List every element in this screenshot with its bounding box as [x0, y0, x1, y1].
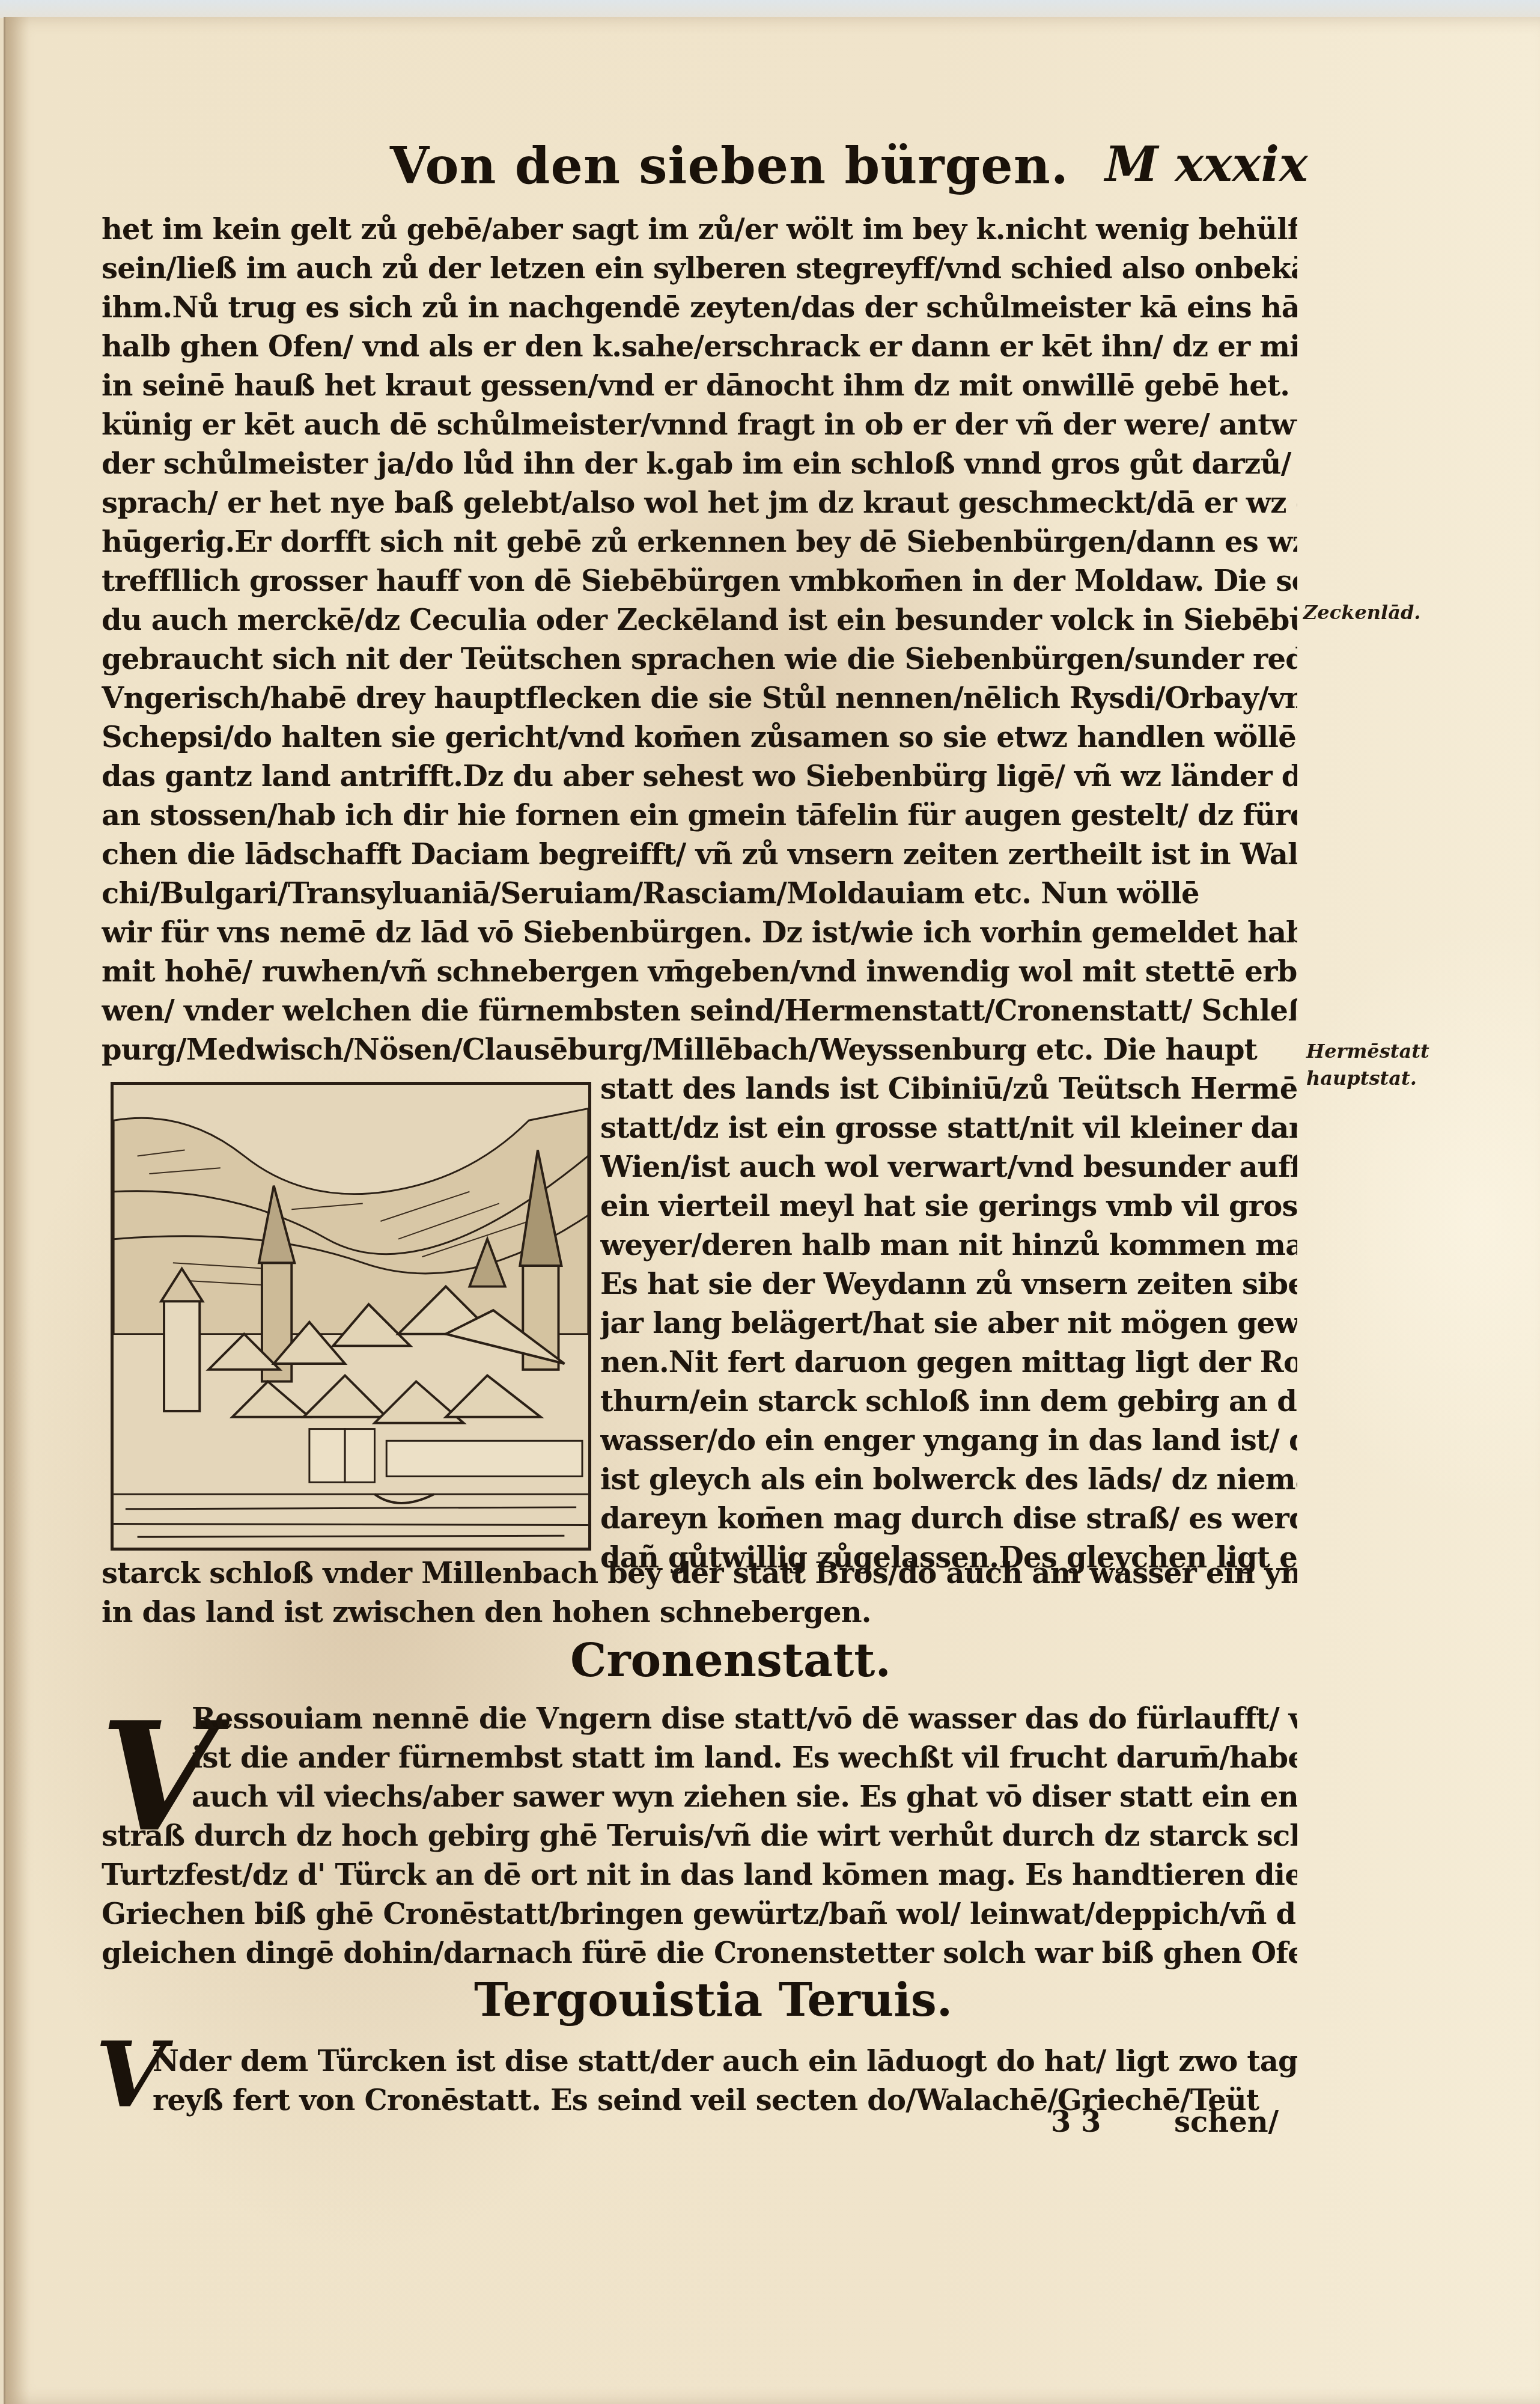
- text-line: chi/Bulgari/Transyluaniā/Seruiam/Rasciam…: [102, 874, 1297, 914]
- text-line: het im kein gelt zů gebē/aber sagt im zů…: [102, 210, 1297, 249]
- text-line: ihm.Nů trug es sich zů in nachgendē zeyt…: [102, 288, 1297, 328]
- text-line: nen.Nit fert daruon gegen mittag ligt de…: [600, 1343, 1297, 1382]
- text-line: jar lang belägert/hat sie aber nit mögen…: [600, 1304, 1297, 1343]
- text-line: gleichen dingē dohin/darnach fürē die Cr…: [102, 1934, 1297, 1973]
- text-line: starck schloß vnder Millenbach bey der s…: [102, 1554, 1297, 1593]
- text-line: Griechen biß ghē Cronēstatt/bringen gewü…: [102, 1895, 1297, 1934]
- text-line: sprach/ er het nye baß gelebt/also wol h…: [102, 484, 1297, 523]
- text-line: halb ghen Ofen/ vnd als er den k.sahe/er…: [102, 328, 1297, 367]
- margin-note-hermenstatt: Hermēstatt: [1306, 1039, 1429, 1064]
- text-line: chen die lādschafft Daciam begreifft/ vñ…: [102, 835, 1297, 874]
- text-line: Ressouiam nennē die Vngern dise statt/vō…: [192, 1700, 1297, 1739]
- body-text-after-woodcut: starck schloß vnder Millenbach bey der s…: [102, 1554, 1297, 1632]
- text-line: hūgerig.Er dorfft sich nit gebē zů erken…: [102, 523, 1297, 562]
- folio-number: M xxxix: [1105, 136, 1308, 192]
- text-line: in seinē hauß het kraut gessen/vnd er dā…: [102, 367, 1297, 406]
- text-line: Turtzfest/dz d' Türck an dē ort nit in d…: [102, 1856, 1297, 1895]
- cronenstatt-text: straß durch dz hoch gebirg ghē Teruis/vñ…: [102, 1817, 1297, 1973]
- text-line: straß durch dz hoch gebirg ghē Teruis/vñ…: [102, 1817, 1297, 1856]
- town-view-icon: [114, 1085, 588, 1548]
- body-text-top: het im kein gelt zů gebē/aber sagt im zů…: [102, 210, 1297, 1070]
- text-line: reyß fert von Cronēstatt. Es seind veil …: [153, 2081, 1297, 2120]
- text-line: statt des lands ist Cibiniū/zů Teütsch H…: [600, 1070, 1297, 1109]
- woodcut-illustration: [111, 1082, 591, 1551]
- catchword: schen/: [1174, 2105, 1279, 2139]
- text-line: Nder dem Türcken ist dise statt/der auch…: [153, 2042, 1297, 2081]
- text-line: wen/ vnder welchen die fürnembsten seind…: [102, 992, 1297, 1031]
- text-line: dareyn kom̄en mag durch dise straß/ es w…: [600, 1499, 1297, 1539]
- text-line: in das land ist zwischen den hohen schne…: [102, 1593, 1297, 1632]
- text-line: thurn/ein starck schloß inn dem gebirg a…: [600, 1382, 1297, 1421]
- text-line: statt/dz ist ein grosse statt/nit vil kl…: [600, 1109, 1297, 1148]
- body-text-beside-woodcut: statt des lands ist Cibiniū/zů Teütsch H…: [600, 1070, 1297, 1578]
- text-line: gebraucht sich nit der Teütschen sprache…: [102, 640, 1297, 679]
- section-heading-cronenstatt: Cronenstatt.: [570, 1634, 891, 1687]
- text-line: auch vil viechs/aber sawer wyn ziehen si…: [192, 1778, 1297, 1817]
- cronenstatt-text-indented: Ressouiam nennē die Vngern dise statt/vō…: [192, 1700, 1297, 1817]
- text-line: der schůlmeister ja/do lůd ihn der k.gab…: [102, 445, 1297, 484]
- scan-background: [0, 0, 1540, 18]
- text-line: das gantz land antrifft.Dz du aber sehes…: [102, 757, 1297, 796]
- text-line: du auch merckē/dz Ceculia oder Zeckēland…: [102, 601, 1297, 640]
- margin-note-hauptstat: hauptstat.: [1306, 1066, 1417, 1091]
- text-line: treffllich grosser hauff von dē Siebēbür…: [102, 562, 1297, 601]
- signature-mark: 3 3: [1051, 2105, 1101, 2139]
- text-line: Es hat sie der Weydann zů vnsern zeiten …: [600, 1265, 1297, 1304]
- text-line: an stossen/hab ich dir hie fornen ein gm…: [102, 796, 1297, 835]
- text-line: Vngerisch/habē drey hauptflecken die sie…: [102, 679, 1297, 718]
- text-line: weyer/deren halb man nit hinzů kommen ma…: [600, 1226, 1297, 1265]
- text-line: wir für vns nemē dz lād vō Siebenbürgen.…: [102, 914, 1297, 953]
- text-line: sein/ließ im auch zů der letzen ein sylb…: [102, 249, 1297, 288]
- text-line: künig er kēt auch dē schůlmeister/vnnd f…: [102, 406, 1297, 445]
- text-line: Wien/ist auch wol verwart/vnd besunder a…: [600, 1148, 1297, 1187]
- text-line: ist die ander fürnembst statt im land. E…: [192, 1739, 1297, 1778]
- book-page: Von den sieben bürgen. M xxxix het im ke…: [4, 17, 1540, 2404]
- text-line: wasser/do ein enger yngang in das land i…: [600, 1421, 1297, 1460]
- text-line: mit hohē/ ruwhen/vñ schnebergen vm̄geben…: [102, 953, 1297, 992]
- text-line: ein vierteil meyl hat sie gerings vmb vi…: [600, 1187, 1297, 1226]
- text-line: purg/Medwisch/Nösen/Clausēburg/Millēbach…: [102, 1031, 1297, 1070]
- section-heading-tergouistia: Tergouistia Teruis.: [474, 1973, 952, 2027]
- margin-note-zeckenland: Zeckenlād.: [1303, 600, 1420, 625]
- tergouistia-text: Nder dem Türcken ist dise statt/der auch…: [153, 2042, 1297, 2120]
- running-head: Von den sieben bürgen.: [390, 136, 1069, 195]
- text-line: ist gleych als ein bolwerck des lāds/ dz…: [600, 1460, 1297, 1499]
- text-line: Schepsi/do halten sie gericht/vnd kom̄en…: [102, 718, 1297, 757]
